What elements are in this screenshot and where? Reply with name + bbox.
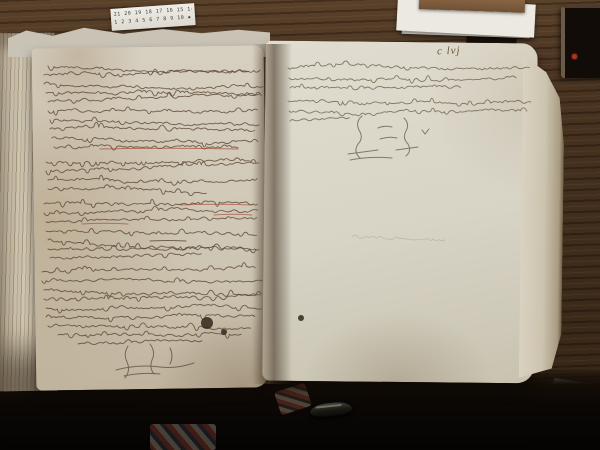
handwriting-lines xyxy=(42,61,531,345)
photo-scene: 21 20 19 18 17 16 15 14 13 12 1 2 3 4 5 … xyxy=(0,0,600,450)
handwriting-svg xyxy=(0,0,600,450)
notarial-flourish-left xyxy=(116,344,194,378)
notarial-flourish-right xyxy=(348,116,429,160)
